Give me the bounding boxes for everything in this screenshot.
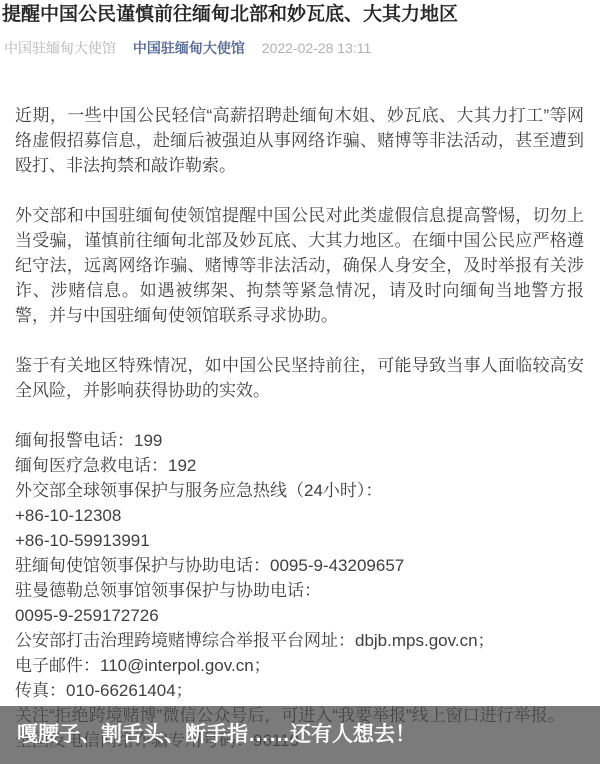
caption-text: 嘎腰子、割舌头、断手指……还有人想去！ — [0, 723, 416, 747]
contact-line-mandalay-label: 驻曼德勒总领事馆领事保护与协助电话： — [15, 578, 584, 603]
contact-line-mandalay-number: 0095-9-259172726 — [15, 603, 584, 628]
paragraph-risk-notice: 鉴于有关地区特殊情况，如中国公民坚持前往，可能导致当事人面临较高安全风险，并影响… — [15, 353, 584, 403]
contact-line-police: 缅甸报警电话：199 — [15, 428, 584, 453]
contact-line-hotline-number-2: +86-10-59913991 — [15, 528, 584, 553]
contact-line-hotline-number-1: +86-10-12308 — [15, 503, 584, 528]
contact-line-report-website: 公安部打击治理跨境赌博综合举报平台网址：dbjb.mps.gov.cn； — [15, 628, 584, 653]
article-body: 近期，一些中国公民轻信“高薪招聘赴缅甸木姐、妙瓦底、大其力打工”等网络虚假招募信… — [15, 103, 584, 753]
contact-line-hotline-label: 外交部全球领事保护与服务应急热线（24小时）： — [15, 478, 584, 503]
contact-line-medical: 缅甸医疗急救电话：192 — [15, 453, 584, 478]
byline: 中国驻缅甸大使馆 中国驻缅甸大使馆 2022-02-28 13:11 — [4, 39, 600, 57]
contact-list: 缅甸报警电话：199 缅甸医疗急救电话：192 外交部全球领事保护与服务应急热线… — [15, 428, 584, 753]
publish-date: 2022-02-28 13:11 — [262, 40, 372, 56]
account-link[interactable]: 中国驻缅甸大使馆 — [133, 40, 245, 56]
contact-line-email: 电子邮件：110@interpol.gov.cn； — [15, 653, 584, 678]
contact-line-embassy-phone: 驻缅甸使馆领事保护与协助电话：0095-9-43209657 — [15, 553, 584, 578]
article-title: 提醒中国公民谨慎前往缅甸北部和妙瓦底、大其力地区 — [0, 0, 600, 26]
contact-line-fax: 传真：010-66261404； — [15, 678, 584, 703]
source-name: 中国驻缅甸大使馆 — [4, 40, 116, 56]
paragraph-warning-recruitment: 近期，一些中国公民轻信“高薪招聘赴缅甸木姐、妙瓦底、大其力打工”等网络虚假招募信… — [15, 103, 584, 178]
paragraph-embassy-reminder: 外交部和中国驻缅甸使领馆提醒中国公民对此类虚假信息提高警惕，切勿上当受骗，谨慎前… — [15, 203, 584, 328]
article-page: 提醒中国公民谨慎前往缅甸北部和妙瓦底、大其力地区 中国驻缅甸大使馆 中国驻缅甸大… — [0, 0, 600, 764]
caption-overlay: 嘎腰子、割舌头、断手指……还有人想去！ — [0, 706, 600, 764]
